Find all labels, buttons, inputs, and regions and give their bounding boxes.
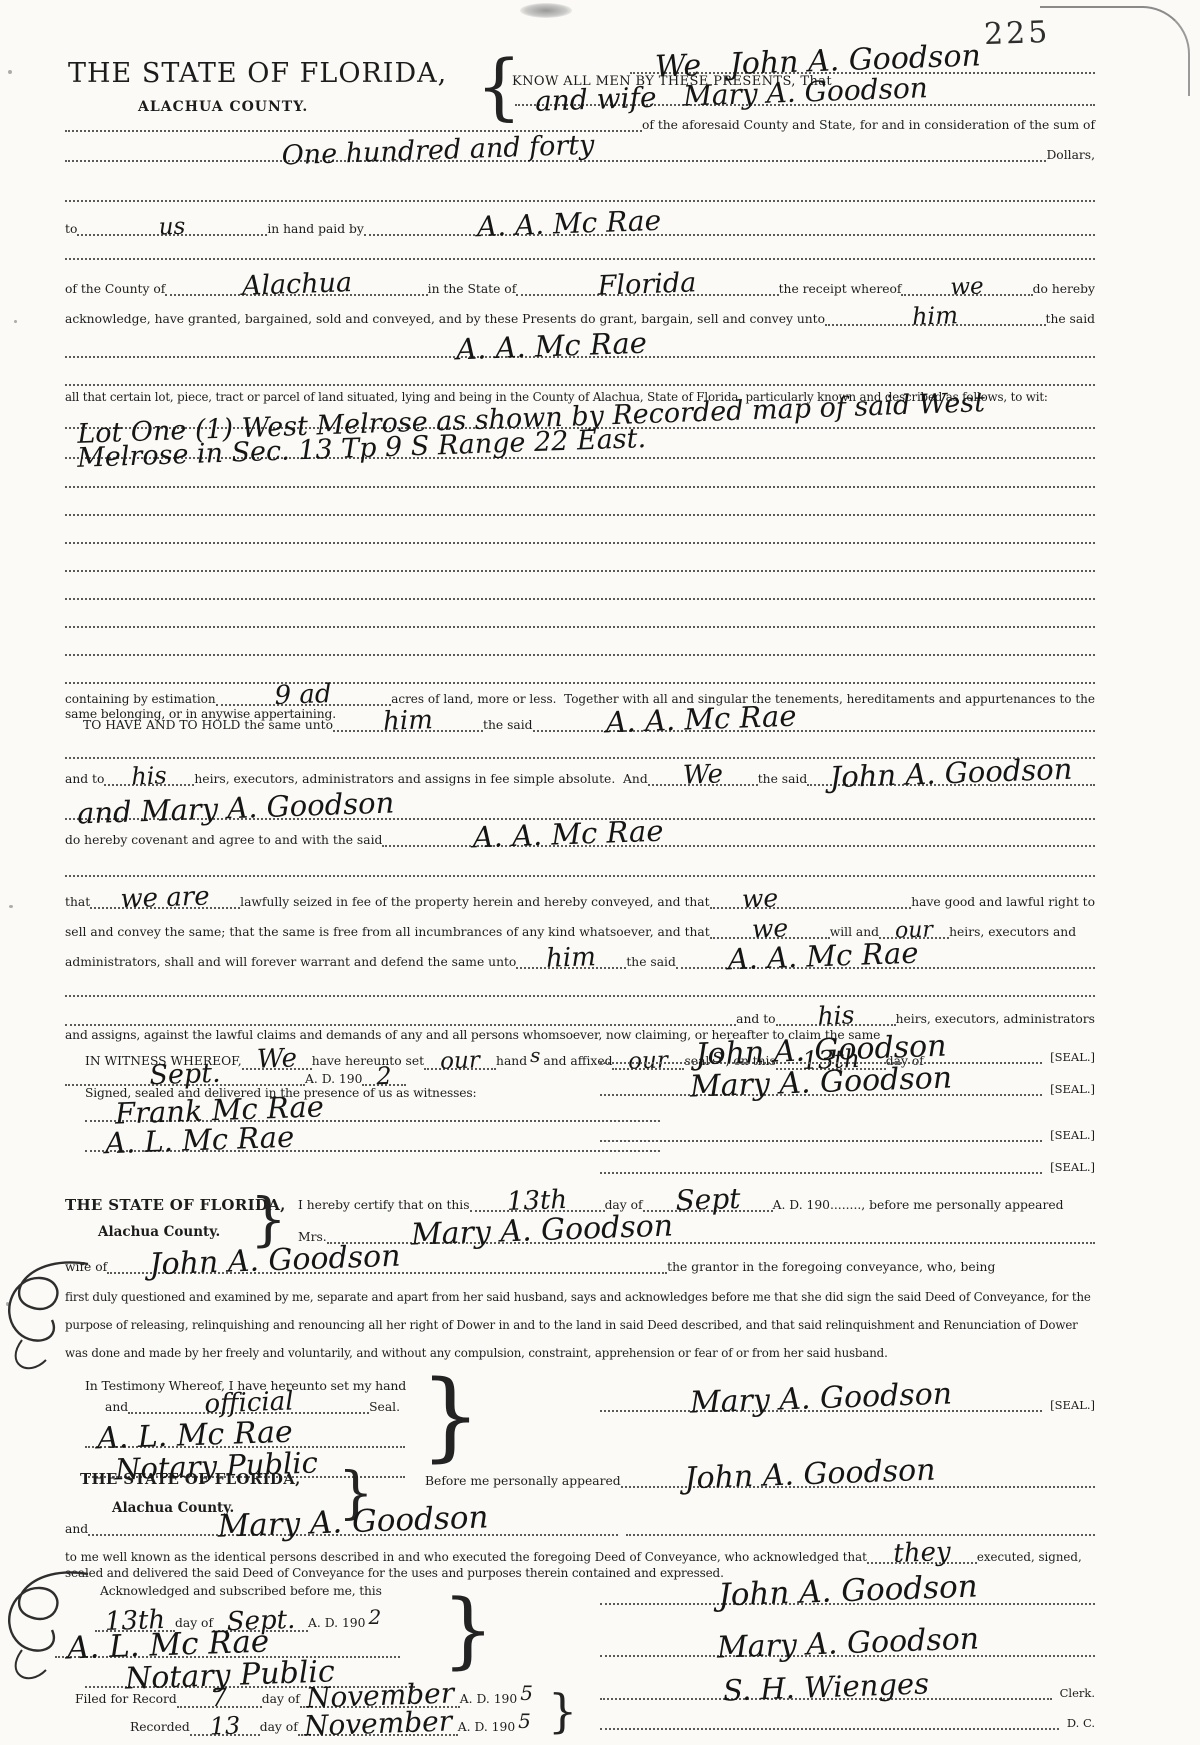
blank-fill: him [825,323,1045,326]
blank-fill [65,1023,736,1026]
blank-fill: our [612,1067,684,1070]
handwritten-grantee: A. A. Mc Rae [472,814,664,855]
printed-text: to me well known as the identical person… [65,1550,867,1564]
blank-fill: John A. Goodson [621,1485,1095,1488]
scan-speck [8,70,12,74]
blank-fill: us [77,233,267,236]
handwritten-we-are: we are [120,881,210,914]
handwritten-county: Alachua [241,267,352,302]
blank-fill: November [298,1733,458,1736]
handwritten-filed-day: 7 [211,1683,228,1713]
deputy-clerk-line: D. C. [600,1716,1095,1730]
printed-text: administrators, shall and will forever w… [65,955,516,969]
blank-dotted-line [65,682,1095,684]
printed-text: do hereby [1033,282,1095,296]
printed-text: hand [496,1054,527,1068]
line-signature-1: John A. Goodson [SEAL.] [600,1050,1095,1064]
printed-text: Dollars, [1046,148,1095,162]
blank-dotted-line [65,654,1095,656]
blank-fill: A. A. Mc Rae [533,729,1095,732]
handwritten-recorded-day: 13 [209,1711,241,1740]
blank-fill [626,1533,1095,1536]
handwritten-grantee: A. A. Mc Rae [605,699,797,740]
brace-decoration: } [548,1688,577,1734]
cert1-county: Alachua County. [98,1224,220,1240]
handwritten-us: us [159,214,187,241]
blank-fill: his [776,1023,896,1026]
line-heirs-fee-simple: and to his heirs, executors, administrat… [65,772,1095,786]
page-number: 225 [983,15,1050,52]
line-paid-by: to us in hand paid by A. A. Mc Rae [65,222,1095,236]
document-title-state: THE STATE OF FLORIDA, [68,58,447,89]
cert1-line-mrs: Mrs. Mary A. Goodson [298,1230,1095,1244]
blank-fill: our [424,1067,496,1070]
printed-text: the said [758,772,808,786]
handwritten-plural-s: s [530,1043,540,1067]
blank-fill: they [867,1561,977,1564]
blank-fill: Mary A. Goodson [600,1654,1095,1657]
printed-text: to [65,222,77,236]
handwritten-payer: A. A. Mc Rae [476,204,661,243]
printed-text: in the State of [428,282,517,296]
handwritten-and-mary: and Mary A. Goodson [77,785,395,830]
printed-text: lawfully seized in fee of the property h… [240,895,709,909]
line-containing: containing by estimation 9 ad acres of l… [65,692,1095,706]
blank-fill: John A. Goodson [600,1602,1095,1605]
handwritten-witness-2: A. L. Mc Rae [104,1120,294,1161]
handwritten-his: his [131,761,167,790]
cert2-mary-signature: Mary A. Goodson [600,1654,1095,1657]
blank-fill: One hundred and forty [65,159,1046,162]
handwritten-john: John A. Goodson [829,752,1073,794]
seal-label: [SEAL.] [1042,1082,1095,1096]
blank-fill: A. A. Mc Rae [676,966,1095,969]
blank-fill: we [710,906,912,909]
seal-label: [SEAL.] [1042,1398,1095,1412]
page-corner-curve [1040,6,1190,96]
deed-record-page: 225 THE STATE OF FLORIDA, ALACHUA COUNTY… [0,0,1200,1745]
cert2-john-signature: John A. Goodson [600,1602,1095,1605]
blank-dotted-line [65,200,1095,202]
printed-text: the said [483,718,533,732]
printed-text: TO HAVE AND TO HOLD the same unto [83,718,333,732]
blank-fill: John A. Goodson [107,1271,667,1274]
printed-text: do hereby covenant and agree to and with… [65,833,382,847]
blank-fill: John A. Goodson [807,783,1095,786]
line-signature-2: Mary A. Goodson [SEAL.] [600,1082,1095,1096]
line-and-to-heirs: and to his heirs, executors, administrat… [65,1012,1095,1026]
blank-dotted-line [65,995,1095,997]
cert1-paragraph-1: first duly questioned and examined by me… [65,1290,1095,1304]
line-grantee-center: A. A. Mc Rae [65,330,1095,358]
printed-text: and to [65,772,104,786]
printed-text: of the aforesaid County and State, for a… [642,118,1095,132]
document-title-county: ALACHUA COUNTY. [138,99,308,115]
blank-fill: Florida [516,293,778,296]
cert1-line-official-seal: and official Seal. [105,1400,400,1414]
blank-fill: we are [90,906,240,909]
printed-text: Seal. [369,1400,400,1414]
printed-text: A. D. 190........, before me personally … [773,1198,1064,1212]
deputy-clerk-label: D. C. [1059,1716,1095,1730]
line-seized: that we are lawfully seized in fee of th… [65,895,1095,909]
handwritten-year: 2 [368,1605,381,1629]
printed-text: have good and lawful right to [911,895,1095,909]
cert1-line-wife-of: wife of John A. Goodson the grantor in t… [65,1260,1095,1274]
handwritten-signature-john: John A. Goodson [717,1568,978,1613]
handwritten-state: Florida [598,267,698,301]
blank-fill: We [648,783,758,786]
recorded-line: Recorded 13 day of November A. D. 190 5 [130,1712,540,1736]
printed-text: the said [1046,312,1096,326]
printed-text: heirs, executors and [949,925,1076,939]
printed-text: A. D. 190 [305,1072,362,1086]
cert1-paragraph-2: purpose of releasing, relinquishing and … [65,1318,1095,1332]
brace-decoration: } [250,1190,287,1248]
cert2-line-and-mary: and Mary A. Goodson [65,1522,1095,1536]
line-warrant: administrators, shall and will forever w… [65,955,1095,969]
blank-fill: 7 [177,1705,262,1708]
blank-fill: 9 ad [216,703,392,706]
handwritten-mary: Mary A. Goodson [410,1208,673,1252]
brace-decoration: } [420,1368,481,1464]
printed-text: day of [262,1692,300,1706]
blank-dotted-line [65,384,1095,386]
handwritten-john: John A. Goodson [149,1239,401,1283]
blank-fill: Alachua [165,293,427,296]
printed-text: containing by estimation [65,692,216,706]
brace-decoration: } [442,1590,494,1672]
handwritten-clerk-signature: S. H. Wienges [722,1666,929,1707]
printed-text: I hereby certify that on this [298,1198,470,1212]
printed-text: the receipt whereof [779,282,902,296]
handwritten-we: we [751,913,788,943]
line-witness-2: A. L. Mc Rae [85,1126,660,1152]
handwritten-him: him [912,301,959,331]
cert1-notary-signature: A. L. Mc Rae [85,1420,405,1448]
blank-fill [600,1727,1059,1730]
line-acknowledge: acknowledge, have granted, bargained, so… [65,312,1095,326]
seal-label: [SEAL.] [1042,1128,1095,1142]
printed-text: sell and convey the same; that the same … [65,925,710,939]
line-sell-convey: sell and convey the same; that the same … [65,925,1095,939]
printed-text: that [65,895,90,909]
handwritten-our: our [440,1047,481,1074]
printed-text: Before me personally appeared [425,1474,621,1488]
handwritten-him: him [546,942,597,974]
printed-text: of the County of [65,282,165,296]
handwritten-they: they [893,1537,951,1569]
filed-for-record-line: Filed for Record 7 day of November A. D.… [75,1684,540,1708]
printed-text: heirs, executors, administrators and ass… [194,772,647,786]
blank-fill: official [128,1411,369,1414]
printed-text: day of [260,1720,298,1734]
cert2-county: Alachua County. [112,1500,234,1516]
cert1-paragraph-3: was done and made by her freely and volu… [65,1346,1095,1360]
clerk-label: Clerk. [1052,1686,1095,1700]
line-seal-blank-2: [SEAL.] [600,1160,1095,1174]
blank-fill: Mary A. Goodson [600,1093,1042,1096]
handwritten-recorded-year: 5 [518,1709,531,1733]
line-amount: One hundred and forty Dollars, [65,148,1095,162]
blank-fill: Mary A. Goodson [600,1409,1042,1412]
cert2-line-known-1: to me well known as the identical person… [65,1550,1095,1564]
handwritten-him: him [383,705,434,737]
blank-dotted-line [65,598,1095,600]
blank-fill: his [104,783,194,786]
handwritten-his: his [817,1000,855,1030]
handwritten-amount: One hundred and forty [281,130,595,172]
seal-flourish-icon [0,1562,95,1687]
printed-text: have hereunto set [312,1054,424,1068]
printed-text: acknowledge, have granted, bargained, so… [65,312,825,326]
handwritten-we: We [682,759,723,790]
line-witness-1: Frank Mc Rae [85,1096,660,1122]
line-county-state: of the County of Alachua in the State of… [65,282,1095,296]
printed-text: Recorded [130,1720,190,1734]
blank-fill [600,1171,1042,1174]
handwritten-filed-year: 5 [520,1681,533,1705]
scan-speck [14,320,17,323]
printed-text: the said [626,955,676,969]
handwritten-we: We [256,1043,297,1074]
handwritten-signature-mary: Mary A. Goodson [716,1621,979,1665]
cert1-line-mary-signature: Mary A. Goodson [SEAL.] [600,1398,1095,1412]
blank-dotted-line [65,486,1095,488]
blank-dotted-line [65,542,1095,544]
handwritten-john: John A. Goodson [684,1453,936,1497]
scan-speck [9,905,13,908]
blank-dotted-line [65,570,1095,572]
printed-text: and to [736,1012,775,1026]
handwritten-we: we [741,883,778,913]
blank-fill: A. A. Mc Rae [382,844,1095,847]
seal-label: [SEAL.] [1042,1160,1095,1174]
blank-dotted-line [65,875,1095,877]
scan-smudge-artifact [520,3,572,18]
blank-fill: we [901,293,1032,296]
line-month-year: Sept. A. D. 190 2 [65,1072,520,1086]
printed-text: and [65,1522,88,1536]
line-seal-blank-1: [SEAL.] [600,1128,1095,1142]
handwritten-mary: Mary A. Goodson [217,1499,489,1544]
blank-dotted-line [65,626,1095,628]
printed-text: and [105,1400,128,1414]
blank-fill: We [242,1067,312,1070]
printed-text: Filed for Record [75,1692,177,1706]
printed-text: A. D. 190 [458,1720,515,1734]
printed-text: A. D. 190 [460,1692,517,1706]
cert1-line-certify: I hereby certify that on this 13th day o… [298,1198,1095,1212]
line-covenant: do hereby covenant and agree to and with… [65,833,1095,847]
handwritten-grantee: A. A. Mc Rae [456,326,648,367]
cert2-notary-signature: A. L. Mc Rae [55,1628,400,1658]
blank-dotted-line [65,514,1095,516]
blank-fill: John A. Goodson [600,1061,1042,1064]
printed-text [618,1522,626,1536]
seal-flourish-icon [0,1252,95,1377]
blank-fill: A. A. Mc Rae [364,233,1095,236]
clerk-signature-line: S. H. Wienges Clerk. [600,1686,1095,1700]
blank-fill: Mary A. Goodson [88,1533,618,1536]
printed-text: in hand paid by [267,222,363,236]
blank-dotted-line [65,258,1095,260]
blank-fill: 13 [190,1733,260,1736]
cert2-state: THE STATE OF FLORIDA, [80,1470,301,1488]
printed-text: the grantor in the foregoing conveyance,… [667,1260,995,1274]
handwritten-we: we [950,273,984,300]
line-to-have: TO HAVE AND TO HOLD the same unto him th… [83,718,1095,732]
cert2-line-before: Before me personally appeared John A. Go… [425,1474,1095,1488]
seal-label: [SEAL.] [1042,1050,1095,1064]
handwritten-grantee: A. A. Mc Rae [727,936,919,977]
description-line-2: Melrose in Sec. 13 Tp 9 S Range 22 East. [65,434,1095,459]
printed-text: heirs, executors, administrators [896,1012,1095,1026]
printed-text: executed, signed, [977,1550,1082,1564]
blank-fill: S. H. Wienges [600,1697,1052,1700]
handwritten-recorded-month: November [303,1704,452,1742]
blank-fill [600,1139,1042,1142]
blank-fill: him [333,729,483,732]
blank-fill: Mary A. Goodson [327,1241,1095,1244]
blank-fill: him [516,966,626,969]
handwritten-month: Sept [675,1182,741,1217]
